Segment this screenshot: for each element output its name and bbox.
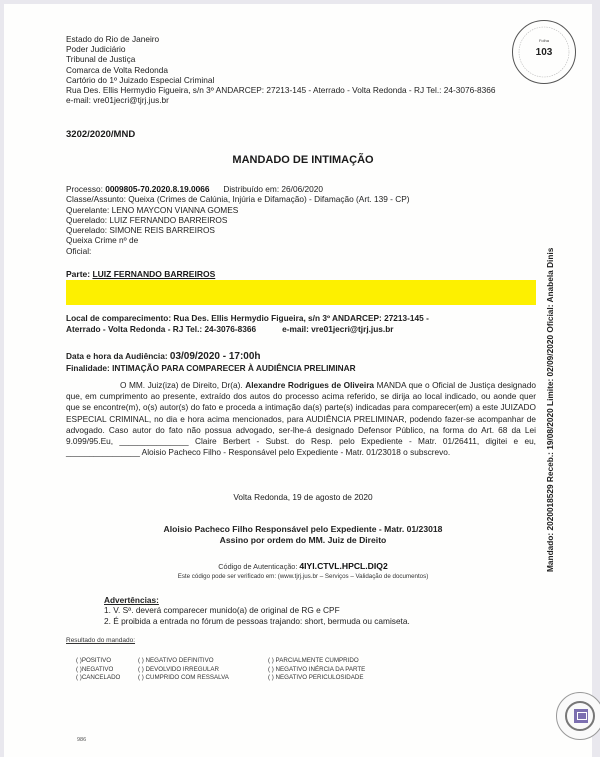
signature-line-1: Aloisio Pacheco Filho Responsável pelo E… (66, 524, 540, 535)
audiencia-value: 03/09/2020 - 17:00h (170, 351, 261, 362)
resultado-row: ( )POSITIVO ( ) NEGATIVO DEFINITIVO ( ) … (76, 657, 418, 666)
advertencia-item: 1. V. Sª. deverá comparecer munido(a) de… (104, 605, 410, 615)
place-date: Volta Redonda, 19 de agosto de 2020 (66, 492, 540, 502)
processo-label: Processo: (66, 184, 103, 194)
resultado-options: ( )POSITIVO ( ) NEGATIVO DEFINITIVO ( ) … (76, 657, 418, 683)
advertencias: Advertências: 1. V. Sª. deverá comparece… (104, 595, 410, 626)
resultado-row: ( )CANCELADO ( ) CUMPRIDO COM RESSALVA (… (76, 674, 418, 683)
body-intro: O MM. Juiz(iza) de Direito, Dr(a). (120, 380, 243, 390)
signature-line-2: Assino por ordem do MM. Juiz de Direito (66, 535, 540, 546)
local-email: e-mail: vre01jecri@tjrj.jus.br (282, 324, 393, 334)
redaction-highlight (66, 280, 536, 305)
header-line-state: Estado do Rio de Janeiro (66, 34, 495, 44)
body-text: MANDA que o Oficial de Justiça designado… (66, 380, 536, 457)
page-number: 986 (77, 737, 86, 743)
local-address: Aterrado - Volta Redonda - RJ Tel.: 24-3… (66, 324, 256, 334)
querelado-1: Querelado: LUIZ FERNANDO BARREIROS (66, 215, 410, 225)
option-negativo-inercia[interactable]: ( ) NEGATIVO INÉRCIA DA PARTE (268, 666, 418, 675)
judge-name: Alexandre Rodrigues de Oliveira (245, 380, 374, 390)
header-line-email: e-mail: vre01jecri@tjrj.jus.br (66, 95, 495, 105)
processo-line: Processo: 0009805-70.2020.8.19.0066 Dist… (66, 184, 410, 194)
header-line-comarca: Comarca de Volta Redonda (66, 65, 495, 75)
header-line-address: Rua Des. Ellis Hermydio Figueira, s/n 3º… (66, 85, 495, 95)
parte-line: Parte: LUIZ FERNANDO BARREIROS (66, 269, 215, 279)
option-negativo[interactable]: ( )NEGATIVO (76, 666, 138, 675)
resultado-title: Resultado do mandado: (66, 637, 135, 644)
finalidade: Finalidade: INTIMAÇÃO PARA COMPARECER À … (66, 363, 356, 374)
option-cumprido-ressalva[interactable]: ( ) CUMPRIDO COM RESSALVA (138, 674, 268, 683)
audiencia-info: Data e hora da Audiência: 03/09/2020 - 1… (66, 351, 356, 373)
audiencia-label: Data e hora da Audiência: (66, 351, 168, 361)
signature-block: Aloisio Pacheco Filho Responsável pelo E… (66, 524, 540, 546)
case-info: Processo: 0009805-70.2020.8.19.0066 Dist… (66, 184, 410, 256)
stamp-label: Folha (513, 38, 575, 43)
advertencias-title: Advertências: (104, 595, 410, 605)
header-line-cartorio: Cartório do 1º Juizado Especial Criminal (66, 75, 495, 85)
querelante: Querelante: LENO MAYCON VIANNA GOMES (66, 205, 410, 215)
advertencia-item: 2. É proibida a entrada no fórum de pess… (104, 616, 410, 626)
option-negativo-periculosidade[interactable]: ( ) NEGATIVO PERICULOSIDADE (268, 674, 418, 683)
local-line-1: Local de comparecimento: Rua Des. Ellis … (66, 313, 536, 324)
mandate-body: O MM. Juiz(iza) de Direito, Dr(a). Alexa… (66, 380, 536, 458)
auth-label: Código de Autenticação: (218, 562, 297, 571)
auth-verify-note: Este código pode ser verificado em: (www… (66, 573, 540, 580)
vertical-mandate-note: Mandado: 2020018529 Receb.: 19/08/2020 L… (545, 248, 555, 572)
queixa-crime: Queixa Crime nº de (66, 235, 410, 245)
parte-value: LUIZ FERNANDO BARREIROS (92, 269, 215, 279)
document-title: MANDADO DE INTIMAÇÃO (66, 154, 540, 166)
scales-shield-icon (574, 709, 588, 723)
option-negativo-definitivo[interactable]: ( ) NEGATIVO DEFINITIVO (138, 657, 268, 666)
distribuido: Distribuído em: 26/06/2020 (223, 184, 323, 194)
resultado-row: ( )NEGATIVO ( ) DEVOLVIDO IRREGULAR ( ) … (76, 666, 418, 675)
option-devolvido-irregular[interactable]: ( ) DEVOLVIDO IRREGULAR (138, 666, 268, 675)
local-line-2: Aterrado - Volta Redonda - RJ Tel.: 24-3… (66, 324, 536, 335)
parte-label: Parte: (66, 269, 90, 279)
option-parcialmente-cumprido[interactable]: ( ) PARCIALMENTE CUMPRIDO (268, 657, 418, 666)
authentication-line: Código de Autenticação: 4IYI.CTVL.HPCL.D… (66, 561, 540, 571)
court-header: Estado do Rio de Janeiro Poder Judiciári… (66, 34, 495, 105)
classe-assunto: Classe/Assunto: Queixa (Crimes de Calúni… (66, 194, 410, 204)
oficial: Oficial: (66, 246, 410, 256)
audiencia-line: Data e hora da Audiência: 03/09/2020 - 1… (66, 351, 356, 363)
stamp-page-number: 103 (513, 47, 575, 58)
header-line-tribunal: Tribunal de Justiça (66, 54, 495, 64)
document-number: 3202/2020/MND (66, 129, 135, 140)
header-line-judiciary: Poder Judiciário (66, 44, 495, 54)
local-comparecimento: Local de comparecimento: Rua Des. Ellis … (66, 313, 536, 334)
querelado-2: Querelado: SIMONE REIS BARREIROS (66, 225, 410, 235)
document-page: Estado do Rio de Janeiro Poder Judiciári… (4, 4, 592, 757)
auth-code: 4IYI.CTVL.HPCL.DIQ2 (299, 561, 387, 571)
option-positivo[interactable]: ( )POSITIVO (76, 657, 138, 666)
court-seal-icon (556, 692, 600, 740)
option-cancelado[interactable]: ( )CANCELADO (76, 674, 138, 683)
processo-value: 0009805-70.2020.8.19.0066 (105, 184, 209, 194)
page-stamp: Folha 103 (512, 20, 576, 84)
